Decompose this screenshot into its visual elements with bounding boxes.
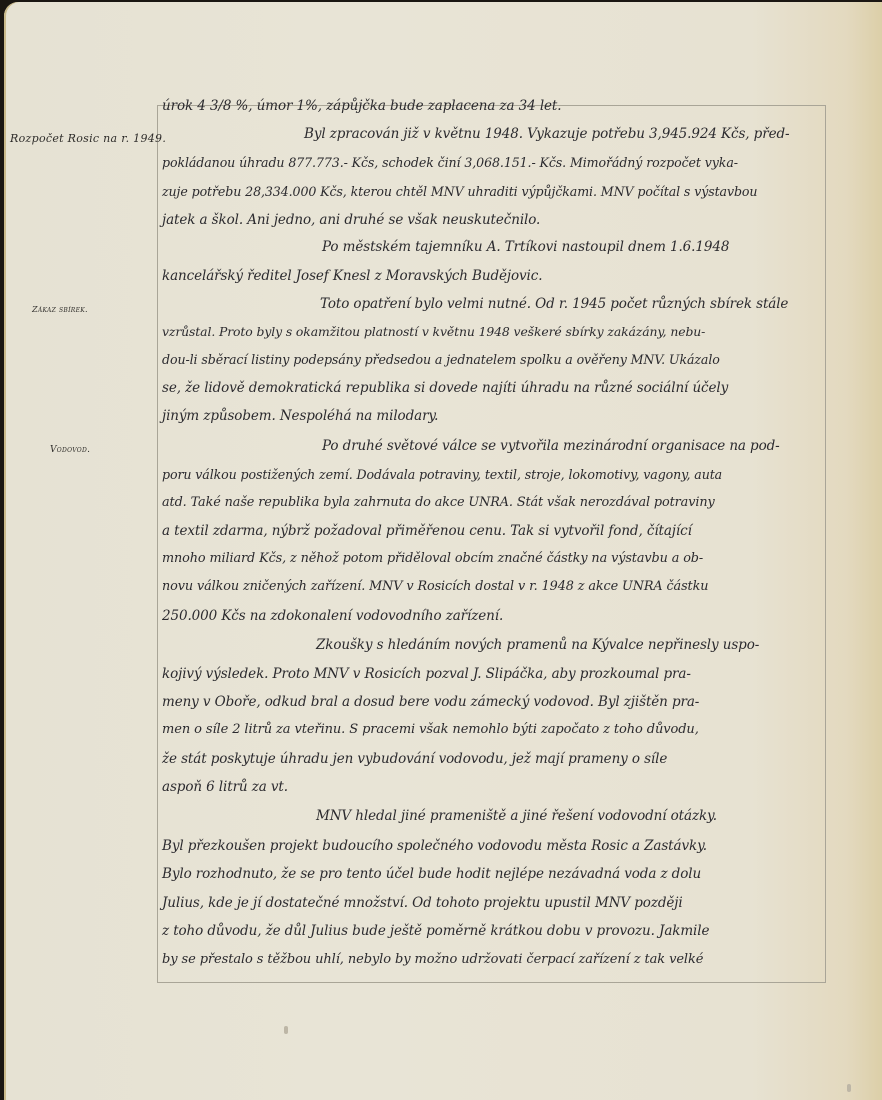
margin-note-budget: Rozpočet Rosic na r. 1949.	[10, 132, 166, 145]
text-line: poru válkou postižených zemí. Dodávala p…	[162, 467, 722, 482]
margin-note-waterworks: Vodovod.	[50, 445, 90, 455]
document-page: Rozpočet Rosic na r. 1949. Zákaz sbírek.…	[4, 2, 882, 1100]
text-line: Toto opatření bylo velmi nutné. Od r. 19…	[320, 296, 788, 312]
text-line: zuje potřebu 28,334.000 Kčs, kterou chtě…	[162, 184, 757, 199]
text-line: Zkoušky s hledáním nových pramenů na Kýv…	[316, 637, 759, 653]
text-line: aspoň 6 litrů za vt.	[162, 779, 288, 795]
text-line: 250.000 Kčs na zdokonalení vodovodního z…	[162, 608, 503, 624]
text-line: Po městském tajemníku A. Trtíkovi nastou…	[322, 239, 729, 255]
text-line: Byl přezkoušen projekt budoucího společn…	[162, 838, 707, 854]
paper-stain	[284, 1026, 288, 1034]
text-line: že stát poskytuje úhradu jen vybudování …	[162, 751, 667, 767]
text-line: novu válkou zničených zařízení. MNV v Ro…	[162, 579, 708, 594]
text-line: meny v Oboře, odkud bral a dosud bere vo…	[162, 694, 699, 710]
text-line: dou-li sběrací listiny podepsány předsed…	[162, 352, 720, 367]
text-line: jatek a škol. Ani jedno, ani druhé se vš…	[162, 212, 540, 228]
text-line: Byl zpracován již v květnu 1948. Vykazuj…	[304, 126, 789, 142]
text-line: pokládanou úhradu 877.773.- Kčs, schodek…	[162, 155, 738, 170]
text-line: men o síle 2 litrů za vteřinu. S pracemi…	[162, 722, 699, 737]
text-line: vzrůstal. Proto byly s okamžitou platnos…	[162, 324, 705, 339]
text-line: MNV hledal jiné prameniště a jiné řešení…	[316, 808, 717, 824]
text-line: úrok 4 3/8 %, úmor 1%, zápůjčka bude zap…	[162, 98, 561, 114]
text-line: a textil zdarma, nýbrž požadoval přiměře…	[162, 523, 692, 539]
text-line: Julius, kde je jí dostatečné množství. O…	[162, 895, 683, 911]
text-line: Po druhé světové válce se vytvořila mezi…	[322, 438, 780, 454]
text-line: kojivý výsledek. Proto MNV v Rosicích po…	[162, 666, 691, 682]
text-line: atd. Také naše republika byla zahrnuta d…	[162, 495, 715, 510]
text-line: z toho důvodu, že důl Julius bude ještě …	[162, 923, 709, 939]
text-line: Bylo rozhodnuto, že se pro tento účel bu…	[162, 866, 701, 882]
text-line: kancelářský ředitel Josef Knesl z Moravs…	[162, 268, 542, 284]
text-line: mnoho miliard Kčs, z něhož potom přidělo…	[162, 551, 703, 566]
text-line: se, že lidově demokratická republika si …	[162, 380, 728, 396]
margin-note-collection-ban: Zákaz sbírek.	[32, 305, 88, 314]
paper-stain	[847, 1084, 851, 1092]
text-line: jiným způsobem. Nespoléhá na milodary.	[162, 408, 438, 424]
text-line: by se přestalo s těžbou uhlí, nebylo by …	[162, 952, 703, 967]
